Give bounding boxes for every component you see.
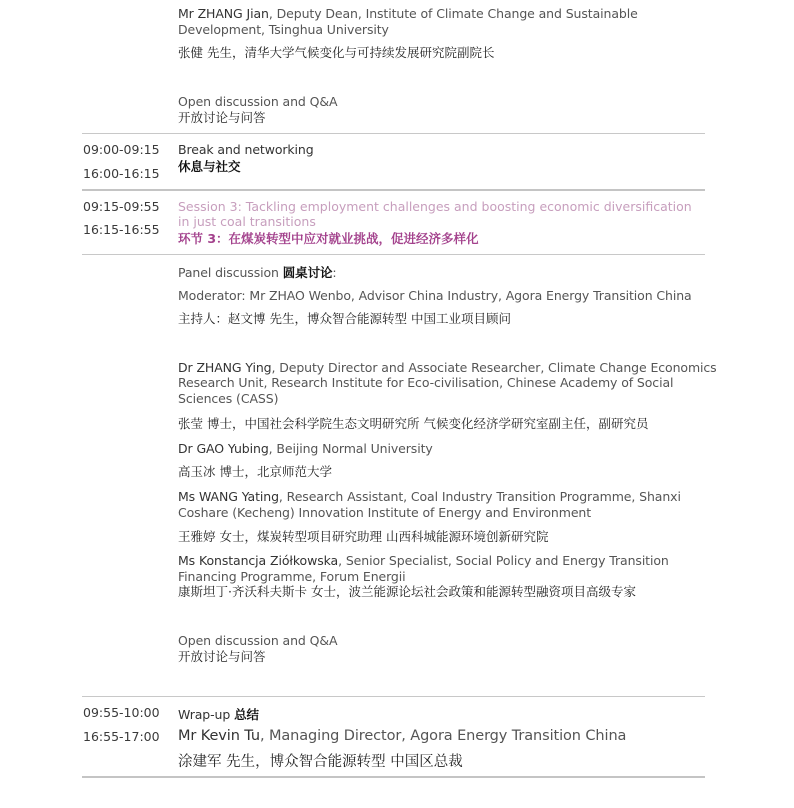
speaker-title-line2: Coshare (Kecheng) Innovation Institute o… xyxy=(178,505,591,520)
session3-time-afternoon: 16:15-16:55 xyxy=(83,222,160,237)
break-time-morning: 09:00-09:15 xyxy=(83,142,160,157)
moderator-zh: 主持人：赵文博 先生，博众智合能源转型 中国工业项目顾问 xyxy=(178,309,511,327)
speaker-ziolkowska-en: Ms Konstancja Ziółkowska, Senior Special… xyxy=(178,553,669,568)
speaker-title-line3: Sciences (CASS) xyxy=(178,391,278,406)
break-time-afternoon: 16:00-16:15 xyxy=(83,166,160,181)
speaker-ziolkowska-zh: 康斯坦丁·齐沃科夫斯卡 女士，波兰能源论坛社会政策和能源转型融资项目高级专家 xyxy=(178,582,636,600)
speaker-title: , Research Assistant, Coal Industry Tran… xyxy=(279,489,681,504)
speaker-name: Mr Kevin Tu xyxy=(178,728,260,744)
wrapup-time-morning: 09:55-10:00 xyxy=(83,705,160,720)
qa-label-zh: 开放讨论与问答 xyxy=(178,108,266,126)
wrapup-speaker-en: Mr Kevin Tu, Managing Director, Agora En… xyxy=(178,728,626,744)
session3-title-en-line2: in just coal transitions xyxy=(178,214,316,229)
speaker-name: Ms Konstancja Ziółkowska xyxy=(178,553,338,568)
speaker-zhang-jian-zh: 张健 先生，清华大学气候变化与可持续发展研究院副院长 xyxy=(178,43,494,61)
speaker-title: , Beijing Normal University xyxy=(269,441,433,456)
wrapup-label-en: Wrap-up xyxy=(178,707,234,722)
speaker-wang-yating-en: Ms WANG Yating, Research Assistant, Coal… xyxy=(178,489,681,504)
speaker-name: Mr ZHANG Jian xyxy=(178,6,269,21)
divider xyxy=(82,254,705,255)
wrapup-label: Wrap-up 总结 xyxy=(178,705,259,723)
panel-label: Panel discussion 圆桌讨论: xyxy=(178,263,337,281)
wrapup-time-afternoon: 16:55-17:00 xyxy=(83,729,160,744)
break-label-zh-text: 休息与社交 xyxy=(178,159,241,174)
speaker-title: , Deputy Director and Associate Research… xyxy=(271,360,716,375)
session3-time-morning: 09:15-09:55 xyxy=(83,199,160,214)
speaker-title: , Deputy Dean, Institute of Climate Chan… xyxy=(269,6,638,21)
panel-label-en: Panel discussion xyxy=(178,265,283,280)
speaker-title: , Senior Specialist, Social Policy and E… xyxy=(338,553,669,568)
divider xyxy=(82,776,705,778)
wrapup-speaker-zh: 涂建军 先生，博众智合能源转型 中国区总裁 xyxy=(178,750,463,771)
break-label-en: Break and networking xyxy=(178,142,314,157)
qa-label-zh: 开放讨论与问答 xyxy=(178,647,266,665)
speaker-zhang-ying-zh: 张莹 博士，中国社会科学院生态文明研究所 气候变化经济学研究室副主任，副研究员 xyxy=(178,414,648,432)
speaker-title: , Managing Director, Agora Energy Transi… xyxy=(260,728,626,744)
speaker-name: Ms WANG Yating xyxy=(178,489,279,504)
session3-title-en-line1: Session 3: Tackling employment challenge… xyxy=(178,199,692,214)
speaker-zhang-ying-en: Dr ZHANG Ying, Deputy Director and Assoc… xyxy=(178,360,717,375)
divider xyxy=(82,696,705,697)
panel-label-colon: : xyxy=(332,265,336,280)
divider xyxy=(82,133,705,134)
session3-title-zh: 环节 3：在煤炭转型中应对就业挑战，促进经济多样化 xyxy=(178,229,479,247)
panel-label-zh: 圆桌讨论 xyxy=(283,265,333,280)
speaker-zhang-jian-en: Mr ZHANG Jian, Deputy Dean, Institute of… xyxy=(178,6,638,21)
speaker-wang-yating-zh: 王雅婷 女士，煤炭转型项目研究助理 山西科城能源环境创新研究院 xyxy=(178,527,548,545)
wrapup-label-zh: 总结 xyxy=(234,707,259,722)
speaker-name: Dr ZHANG Ying xyxy=(178,360,271,375)
moderator-en: Moderator: Mr ZHAO Wenbo, Advisor China … xyxy=(178,288,692,303)
divider xyxy=(82,189,705,191)
qa-label-en: Open discussion and Q&A xyxy=(178,94,337,109)
speaker-title-line2: Research Unit, Research Institute for Ec… xyxy=(178,375,673,390)
speaker-title-line2: Development, Tsinghua University xyxy=(178,22,389,37)
speaker-name: Dr GAO Yubing xyxy=(178,441,269,456)
speaker-gao-yubing-en: Dr GAO Yubing, Beijing Normal University xyxy=(178,441,433,456)
qa-label-en: Open discussion and Q&A xyxy=(178,633,337,648)
speaker-gao-yubing-zh: 高玉冰 博士，北京师范大学 xyxy=(178,462,332,480)
break-label-zh: 休息与社交 xyxy=(178,157,241,175)
